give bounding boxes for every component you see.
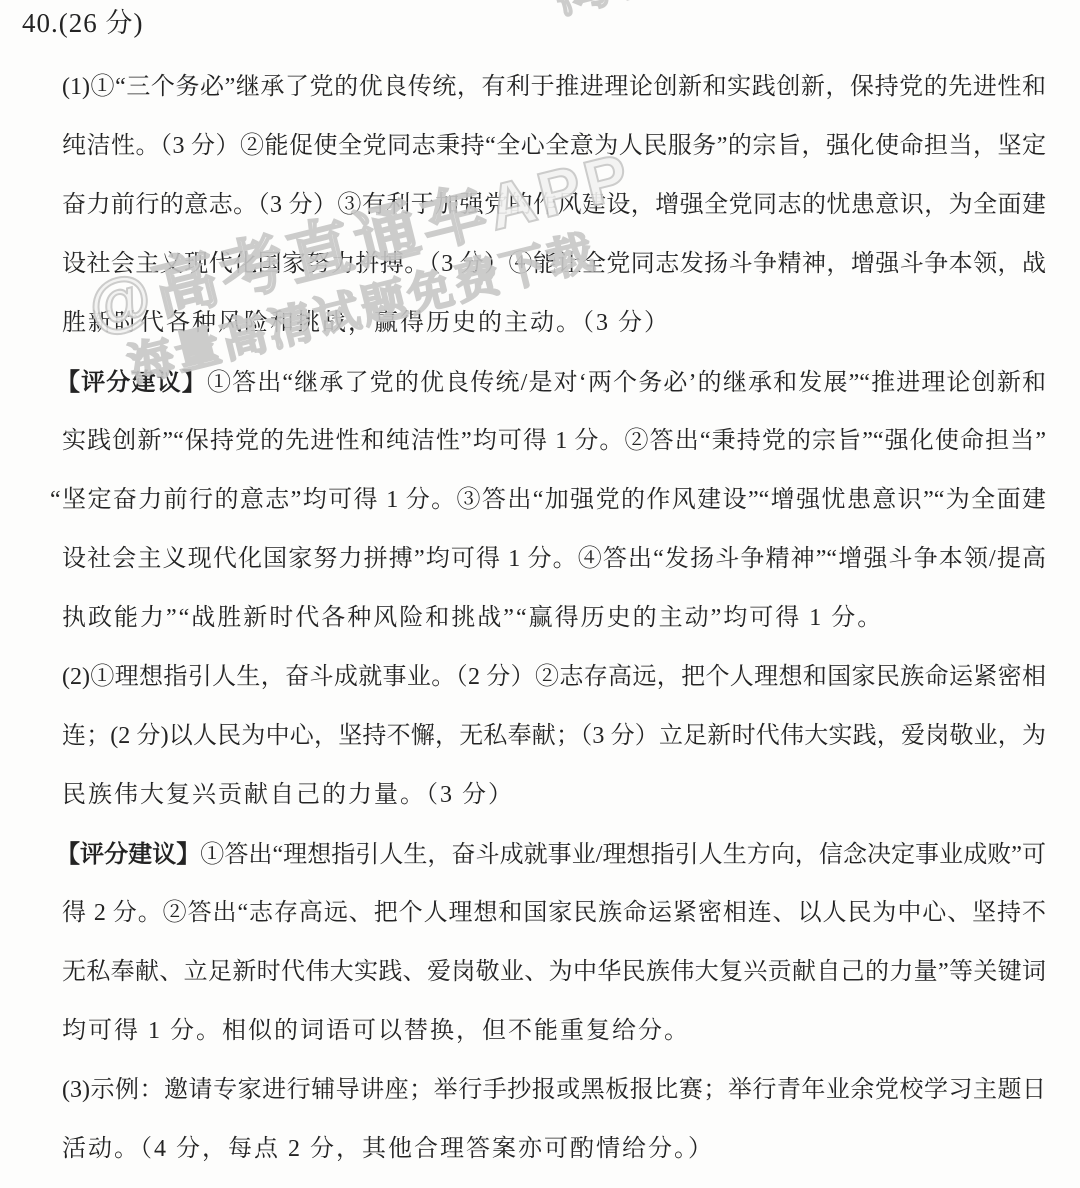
answer-line: 民族伟大复兴贡献自己的力量。（3 分） (62, 766, 1046, 825)
line-text: “坚定奋力前行的意志”均可得 1 分。③答出“加强党的作风建设”“增强忧患意识”… (50, 487, 1046, 513)
line-text: (2)①理想指引人生，奋斗成就事业。（2 分）②志存高远，把个人理想和国家民族命… (62, 664, 1046, 690)
answer-line: 奋力前行的意志。（3 分）③有利于加强党的作风建设，增强全党同志的忧患意识，为全… (62, 176, 1046, 235)
answer-line: 胜新时代各种风险和挑战，赢得历史的主动。（3 分） (62, 294, 1046, 353)
line-text: 均可得 1 分。相似的词语可以替换，但不能重复给分。 (62, 1018, 690, 1044)
answer-line: 活动。（4 分，每点 2 分，其他合理答案亦可酌情给分。） (62, 1120, 1046, 1179)
answer-line: 无私奉献、立足新时代伟大实践、爱岗敬业、为中华民族伟大复兴贡献自己的力量”等关键… (62, 943, 1046, 1002)
line-text: 活动。（4 分，每点 2 分，其他合理答案亦可酌情给分。） (62, 1136, 714, 1162)
answer-line: 均可得 1 分。相似的词语可以替换，但不能重复给分。 (62, 1002, 1046, 1061)
answer-line: “坚定奋力前行的意志”均可得 1 分。③答出“加强党的作风建设”“增强忧患意识”… (50, 471, 1046, 530)
line-text: 纯洁性。（3 分）②能促使全党同志秉持“全心全意为人民服务”的宗旨，强化使命担当… (62, 133, 1046, 159)
line-text: 设社会主义现代化国家努力拼搏。（3 分）④能让全党同志发扬斗争精神，增强斗争本领… (62, 251, 1046, 277)
line-text: ①答出“理想指引人生，奋斗成就事业/理想指引人生方向，信念决定事业成败”可 (200, 842, 1046, 868)
line-text: 无私奉献、立足新时代伟大实践、爱岗敬业、为中华民族伟大复兴贡献自己的力量”等关键… (62, 959, 1046, 985)
question-number: 40.(26 分) (22, 0, 1046, 46)
answer-line: 执政能力”“战胜新时代各种风险和挑战”“赢得历史的主动”均可得 1 分。 (62, 589, 1046, 648)
exam-answer-page: 海量高清试题免费下载 @高考直通车APP 海量高清试题免费下载 40.(26 分… (0, 0, 1080, 1188)
scoring-advice-line: 【评分建议】①答出“理想指引人生，奋斗成就事业/理想指引人生方向，信念决定事业成… (56, 825, 1046, 884)
line-text: 得 2 分。②答出“志存高远、把个人理想和国家民族命运紧密相连、以人民为中心、坚… (62, 900, 1046, 943)
answer-key-content: 40.(26 分) (1)①“三个务必”继承了党的优良传统，有利于推进理论创新和… (62, 0, 1046, 1179)
answer-line: 设社会主义现代化国家努力拼搏”均可得 1 分。④答出“发扬斗争精神”“增强斗争本… (62, 530, 1046, 589)
scoring-advice-label: 【评分建议】 (56, 369, 207, 396)
scoring-advice-line: 【评分建议】①答出“继承了党的优良传统/是对‘两个务必’的继承和发展”“推进理论… (56, 353, 1046, 412)
answer-line: (3)示例：邀请专家进行辅导讲座；举行手抄报或黑板报比赛；举行青年业余党校学习主… (62, 1061, 1046, 1120)
line-text: ①答出“继承了党的优良传统/是对‘两个务必’的继承和发展”“推进理论创新和 (207, 370, 1046, 396)
line-text: 实践创新”“保持党的先进性和纯洁性”均可得 1 分。②答出“秉持党的宗旨”“强化… (62, 428, 1046, 454)
line-text: 民族伟大复兴贡献自己的力量。（3 分） (62, 782, 514, 808)
answer-line: (1)①“三个务必”继承了党的优良传统，有利于推进理论创新和实践创新，保持党的先… (62, 58, 1046, 117)
line-text: 连；(2 分)以人民为中心，坚持不懈，无私奉献；（3 分）立足新时代伟大实践，爱… (62, 723, 1046, 766)
line-text: (1)①“三个务必”继承了党的优良传统，有利于推进理论创新和实践创新，保持党的先… (62, 74, 1046, 100)
line-text: 奋力前行的意志。（3 分）③有利于加强党的作风建设，增强全党同志的忧患意识，为全… (62, 192, 1046, 218)
line-text: (3)示例：邀请专家进行辅导讲座；举行手抄报或黑板报比赛；举行青年业余党校学习主… (62, 1077, 1046, 1103)
answer-line: 实践创新”“保持党的先进性和纯洁性”均可得 1 分。②答出“秉持党的宗旨”“强化… (62, 412, 1046, 471)
answer-line: (2)①理想指引人生，奋斗成就事业。（2 分）②志存高远，把个人理想和国家民族命… (62, 648, 1046, 707)
answer-line: 得 2 分。②答出“志存高远、把个人理想和国家民族命运紧密相连、以人民为中心、坚… (62, 884, 1046, 943)
answer-line: 纯洁性。（3 分）②能促使全党同志秉持“全心全意为人民服务”的宗旨，强化使命担当… (62, 117, 1046, 176)
answer-line: 连；(2 分)以人民为中心，坚持不懈，无私奉献；（3 分）立足新时代伟大实践，爱… (62, 707, 1046, 766)
answer-line: 设社会主义现代化国家努力拼搏。（3 分）④能让全党同志发扬斗争精神，增强斗争本领… (62, 235, 1046, 294)
line-text: 胜新时代各种风险和挑战，赢得历史的主动。（3 分） (62, 310, 670, 336)
line-text: 设社会主义现代化国家努力拼搏”均可得 1 分。④答出“发扬斗争精神”“增强斗争本… (62, 546, 1046, 572)
scoring-advice-label: 【评分建议】 (56, 841, 200, 868)
line-text: 执政能力”“战胜新时代各种风险和挑战”“赢得历史的主动”均可得 1 分。 (62, 605, 883, 631)
